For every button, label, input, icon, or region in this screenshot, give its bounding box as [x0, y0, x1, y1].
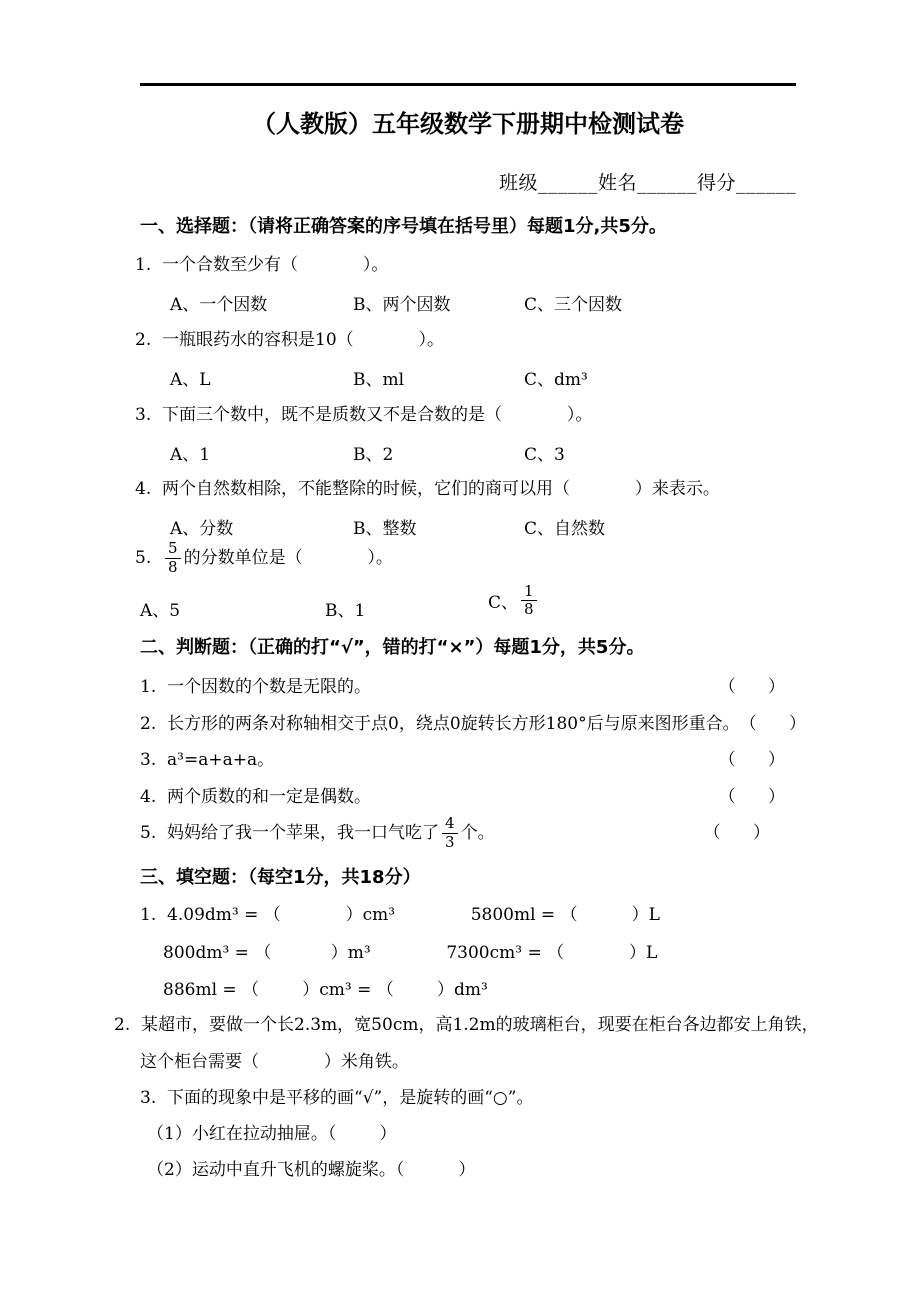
fraction-1-8: 1 8 — [521, 583, 537, 619]
choice-q4-option-c: C、自然数 — [524, 514, 605, 539]
exam-page: （人教版）五年级数学下册期中检测试卷 班级______姓名______得分___… — [0, 0, 920, 1302]
choice-q3-text: 3. 下面三个数中，既不是质数又不是合数的是（ ）。 — [135, 403, 592, 427]
choice-q2-option-a: A、L — [170, 365, 211, 390]
choice-q4-text: 4. 两个自然数相除，不能整除的时候，它们的商可以用（ ）来表示。 — [135, 477, 720, 501]
choice-q2-option-c: C、dm³ — [524, 365, 588, 390]
judge-item-1-paren: （ ） — [719, 675, 785, 699]
choice-q2-option-b: B、ml — [353, 365, 404, 390]
choice-q3-option-a: A、1 — [170, 440, 210, 465]
fill-q2-line1: 2. 某超市，要做一个长2.3m，宽50cm，高1.2m的玻璃柜台，现要在柜台各… — [114, 1013, 806, 1037]
choice-q5-options: A、5 B、1 C、 1 8 — [140, 583, 800, 633]
judge-item-4-paren: （ ） — [719, 785, 785, 809]
judge-item-2: 2. 长方形的两条对称轴相交于点0，绕点0旋转长方形180°后与原来图形重合。 … — [140, 712, 785, 736]
section3-heading: 三、填空题：（每空1分，共18分） — [140, 863, 421, 889]
judge-item-4-text: 4. 两个质数的和一定是偶数。 — [140, 785, 371, 809]
judge-item-3-text: 3. a³=a+a+a。 — [140, 748, 274, 772]
judge-item-2-text: 2. 长方形的两条对称轴相交于点0，绕点0旋转长方形180°后与原来图形重合。 — [140, 712, 740, 736]
judge-item-5-suffix: 个。 — [461, 821, 495, 845]
choice-q3-options: A、1 B、2 C、3 — [140, 440, 800, 466]
judge-item-3: 3. a³=a+a+a。 （ ） — [140, 748, 785, 772]
choice-q5-option-a: A、5 — [140, 596, 180, 621]
fraction-5-8: 5 8 — [165, 540, 181, 576]
fraction-4-3: 4 3 — [442, 815, 458, 851]
fill-q3-text: 3. 下面的现象中是平移的画“√”，是旋转的画“○”。 — [140, 1086, 533, 1110]
choice-q1-option-c: C、三个因数 — [524, 290, 622, 315]
fill-q2-line2: 这个柜台需要（ ）米角铁。 — [140, 1050, 409, 1074]
choice-q5-option-c: C、 1 8 — [488, 583, 540, 619]
judge-item-5-paren: （ ） — [704, 821, 770, 845]
judge-item-5-prefix: 5. 妈妈给了我一个苹果，我一口气吃了 — [140, 821, 439, 845]
choice-q5-prefix: 5. — [135, 546, 162, 570]
fill-q1-row3: 886ml = （ ）cm³ = （ ）dm³ — [163, 978, 488, 1002]
judge-item-4: 4. 两个质数的和一定是偶数。 （ ） — [140, 785, 785, 809]
judge-item-2-paren: （ ） — [740, 712, 806, 736]
fill-q1-row2: 800dm³ = （ ）m³ 7300cm³ = （ ）L — [163, 941, 657, 965]
fill-q3-sub1: （1）小红在拉动抽屉。（ ） — [147, 1122, 397, 1146]
judge-item-1-text: 1. 一个因数的个数是无限的。 — [140, 675, 371, 699]
choice-q5-option-b: B、1 — [325, 596, 365, 621]
choice-q3-option-c: C、3 — [524, 440, 565, 465]
choice-q1-option-b: B、两个因数 — [353, 290, 451, 315]
choice-q1-option-a: A、一个因数 — [170, 290, 267, 315]
judge-item-5: 5. 妈妈给了我一个苹果，我一口气吃了 4 3 个。 （ ） — [140, 808, 770, 858]
choice-q2-text: 2. 一瓶眼药水的容积是10（ ）。 — [135, 328, 444, 352]
section1-heading: 一、选择题：（请将正确答案的序号填在括号里）每题1分,共5分。 — [140, 212, 667, 238]
choice-q2-options: A、L B、ml C、dm³ — [140, 365, 800, 391]
fill-q3-sub2: （2）运动中直升飞机的螺旋桨。（ ） — [147, 1158, 475, 1182]
choice-q5-option-c-label: C、 — [488, 588, 518, 613]
choice-q5-suffix: 的分数单位是（ ）。 — [184, 546, 393, 570]
choice-q1-text: 1. 一个合数至少有（ ）。 — [135, 253, 388, 277]
judge-item-1: 1. 一个因数的个数是无限的。 （ ） — [140, 675, 785, 699]
choice-q3-option-b: B、2 — [353, 440, 393, 465]
top-rule — [140, 83, 796, 86]
page-title: （人教版）五年级数学下册期中检测试卷 — [140, 104, 796, 139]
judge-item-3-paren: （ ） — [719, 748, 785, 772]
section2-heading: 二、判断题：（正确的打“√”，错的打“×”）每题1分，共5分。 — [140, 633, 644, 659]
choice-q5-text: 5. 5 8 的分数单位是（ ）。 — [135, 533, 393, 583]
choice-q1-options: A、一个因数 B、两个因数 C、三个因数 — [140, 290, 800, 316]
fill-q1-row1: 1. 4.09dm³ = （ ）cm³ 5800ml = （ ）L — [140, 903, 660, 927]
student-info-line: 班级______姓名______得分______ — [140, 168, 796, 195]
